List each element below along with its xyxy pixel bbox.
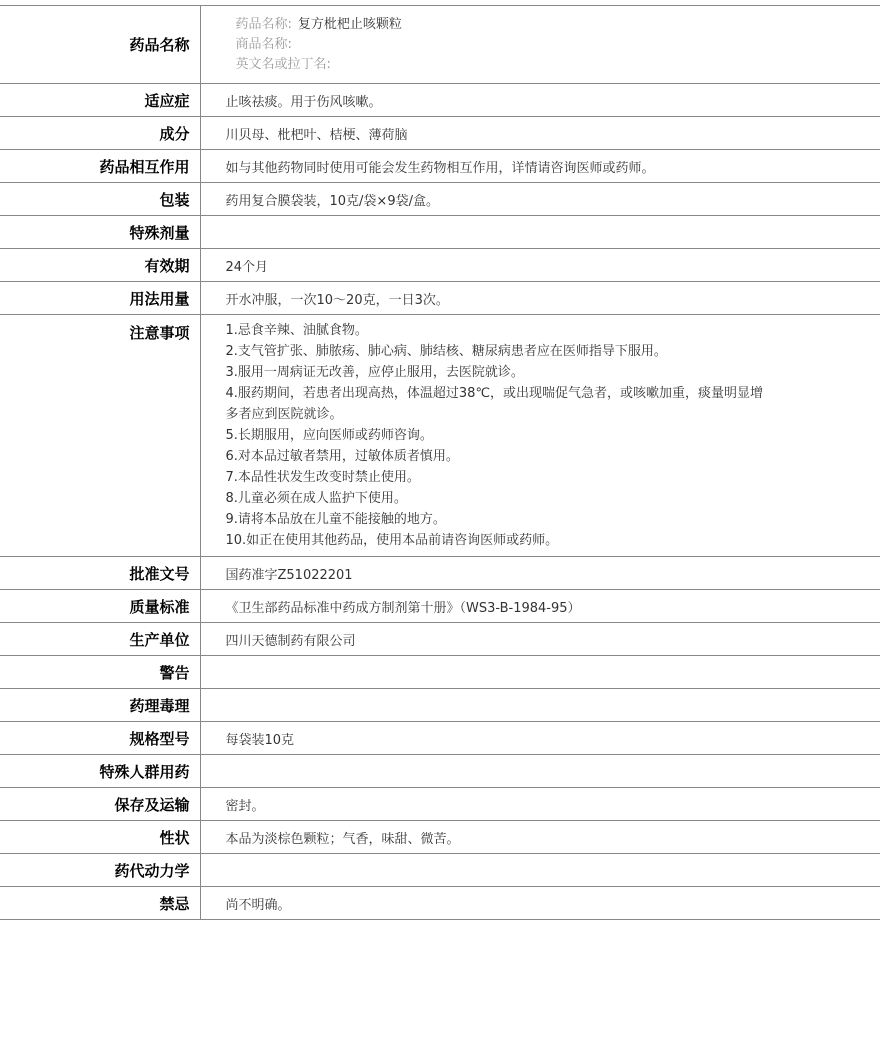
- row-label: 警告: [0, 656, 200, 689]
- row-value: 四川天德制药有限公司: [200, 623, 880, 656]
- row-value: 止咳祛痰。用于伤风咳嗽。: [200, 84, 880, 117]
- row-label: 成分: [0, 117, 200, 150]
- precaution-item: 4.服药期间，若患者出现高热，体温超过38℃，或出现喘促气急者，或咳嗽加重，痰量…: [226, 383, 771, 425]
- row-label: 生产单位: [0, 623, 200, 656]
- row-value: 国药准字Z51022201: [200, 557, 880, 590]
- trade-name-line: 商品名称:: [236, 35, 880, 55]
- row-label: 性状: [0, 821, 200, 854]
- row-special-populations: 特殊人群用药: [0, 755, 880, 788]
- row-precautions: 注意事项 1.忌食辛辣、油腻食物。 2.支气管扩张、肺脓疡、肺心病、肺结核、糖尿…: [0, 315, 880, 557]
- row-label: 药品相互作用: [0, 150, 200, 183]
- row-interactions: 药品相互作用如与其他药物同时使用可能会发生药物相互作用，详情请咨询医师或药师。: [0, 150, 880, 183]
- name-block: 药品名称:复方枇杷止咳颗粒 商品名称: 英文名或拉丁名:: [226, 14, 880, 75]
- row-appearance: 性状本品为淡棕色颗粒；气香，味甜、微苦。: [0, 821, 880, 854]
- row-value: 开水冲服，一次10～20克，一日3次。: [200, 282, 880, 315]
- precaution-item: 9.请将本品放在儿童不能接触的地方。: [226, 509, 771, 530]
- latin-name-key: 英文名或拉丁名:: [236, 57, 331, 72]
- row-value: 每袋装10克: [200, 722, 880, 755]
- row-indications: 适应症止咳祛痰。用于伤风咳嗽。: [0, 84, 880, 117]
- row-value: [200, 854, 880, 887]
- row-value: [200, 689, 880, 722]
- row-pharmacokinetics: 药代动力学: [0, 854, 880, 887]
- row-label: 规格型号: [0, 722, 200, 755]
- row-value: 《卫生部药品标准中药成方制剂第十册》（WS3-B-1984-95）: [200, 590, 880, 623]
- drug-name-line: 药品名称:复方枇杷止咳颗粒: [236, 15, 880, 35]
- row-label: 保存及运输: [0, 788, 200, 821]
- row-quality-standard: 质量标准《卫生部药品标准中药成方制剂第十册》（WS3-B-1984-95）: [0, 590, 880, 623]
- row-warning: 警告: [0, 656, 880, 689]
- row-value: 如与其他药物同时使用可能会发生药物相互作用，详情请咨询医师或药师。: [200, 150, 880, 183]
- precaution-item: 7.本品性状发生改变时禁止使用。: [226, 467, 771, 488]
- row-drug-name: 药品名称 药品名称:复方枇杷止咳颗粒 商品名称: 英文名或拉丁名:: [0, 6, 880, 84]
- row-shelf-life: 有效期24个月: [0, 249, 880, 282]
- drug-name-key: 药品名称:: [236, 17, 292, 32]
- row-label: 禁忌: [0, 887, 200, 920]
- row-contraindications: 禁忌尚不明确。: [0, 887, 880, 920]
- row-value: [200, 755, 880, 788]
- precaution-item: 3.服用一周病证无改善，应停止服用，去医院就诊。: [226, 362, 771, 383]
- trade-name-key: 商品名称:: [236, 37, 292, 52]
- row-value: 尚不明确。: [200, 887, 880, 920]
- row-value: [200, 216, 880, 249]
- row-label: 包装: [0, 183, 200, 216]
- row-storage: 保存及运输密封。: [0, 788, 880, 821]
- row-label: 适应症: [0, 84, 200, 117]
- row-value: 药用复合膜袋装，10克/袋×9袋/盒。: [200, 183, 880, 216]
- row-label: 质量标准: [0, 590, 200, 623]
- precaution-item: 10.如正在使用其他药品，使用本品前请咨询医师或药师。: [226, 530, 771, 551]
- row-value: 本品为淡棕色颗粒；气香，味甜、微苦。: [200, 821, 880, 854]
- precaution-item: 8.儿童必须在成人监护下使用。: [226, 488, 771, 509]
- precaution-item: 2.支气管扩张、肺脓疡、肺心病、肺结核、糖尿病患者应在医师指导下服用。: [226, 341, 771, 362]
- row-specification: 规格型号每袋装10克: [0, 722, 880, 755]
- precaution-item: 5.长期服用，应向医师或药师咨询。: [226, 425, 771, 446]
- precautions-list: 1.忌食辛辣、油腻食物。 2.支气管扩张、肺脓疡、肺心病、肺结核、糖尿病患者应在…: [226, 320, 771, 551]
- row-label: 注意事项: [0, 315, 200, 557]
- row-value: [200, 656, 880, 689]
- drug-spec-table: 药品名称 药品名称:复方枇杷止咳颗粒 商品名称: 英文名或拉丁名: 适应症止咳祛…: [0, 5, 880, 920]
- precaution-item: 1.忌食辛辣、油腻食物。: [226, 320, 771, 341]
- row-value: 川贝母、枇杷叶、桔梗、薄荷脑: [200, 117, 880, 150]
- row-value: 24个月: [200, 249, 880, 282]
- row-label: 药理毒理: [0, 689, 200, 722]
- row-approval-number: 批准文号国药准字Z51022201: [0, 557, 880, 590]
- row-label: 用法用量: [0, 282, 200, 315]
- row-label: 药代动力学: [0, 854, 200, 887]
- drug-name-value: 复方枇杷止咳颗粒: [298, 17, 402, 32]
- row-ingredients: 成分川贝母、枇杷叶、桔梗、薄荷脑: [0, 117, 880, 150]
- row-dosage: 用法用量开水冲服，一次10～20克，一日3次。: [0, 282, 880, 315]
- precaution-item: 6.对本品过敏者禁用，过敏体质者慎用。: [226, 446, 771, 467]
- row-manufacturer: 生产单位四川天德制药有限公司: [0, 623, 880, 656]
- row-packaging: 包装药用复合膜袋装，10克/袋×9袋/盒。: [0, 183, 880, 216]
- row-special-dosage: 特殊剂量: [0, 216, 880, 249]
- row-label: 批准文号: [0, 557, 200, 590]
- row-value: 密封。: [200, 788, 880, 821]
- row-label: 特殊剂量: [0, 216, 200, 249]
- row-label: 药品名称: [0, 6, 200, 84]
- row-pharmacology: 药理毒理: [0, 689, 880, 722]
- latin-name-line: 英文名或拉丁名:: [236, 55, 880, 75]
- row-label: 特殊人群用药: [0, 755, 200, 788]
- row-label: 有效期: [0, 249, 200, 282]
